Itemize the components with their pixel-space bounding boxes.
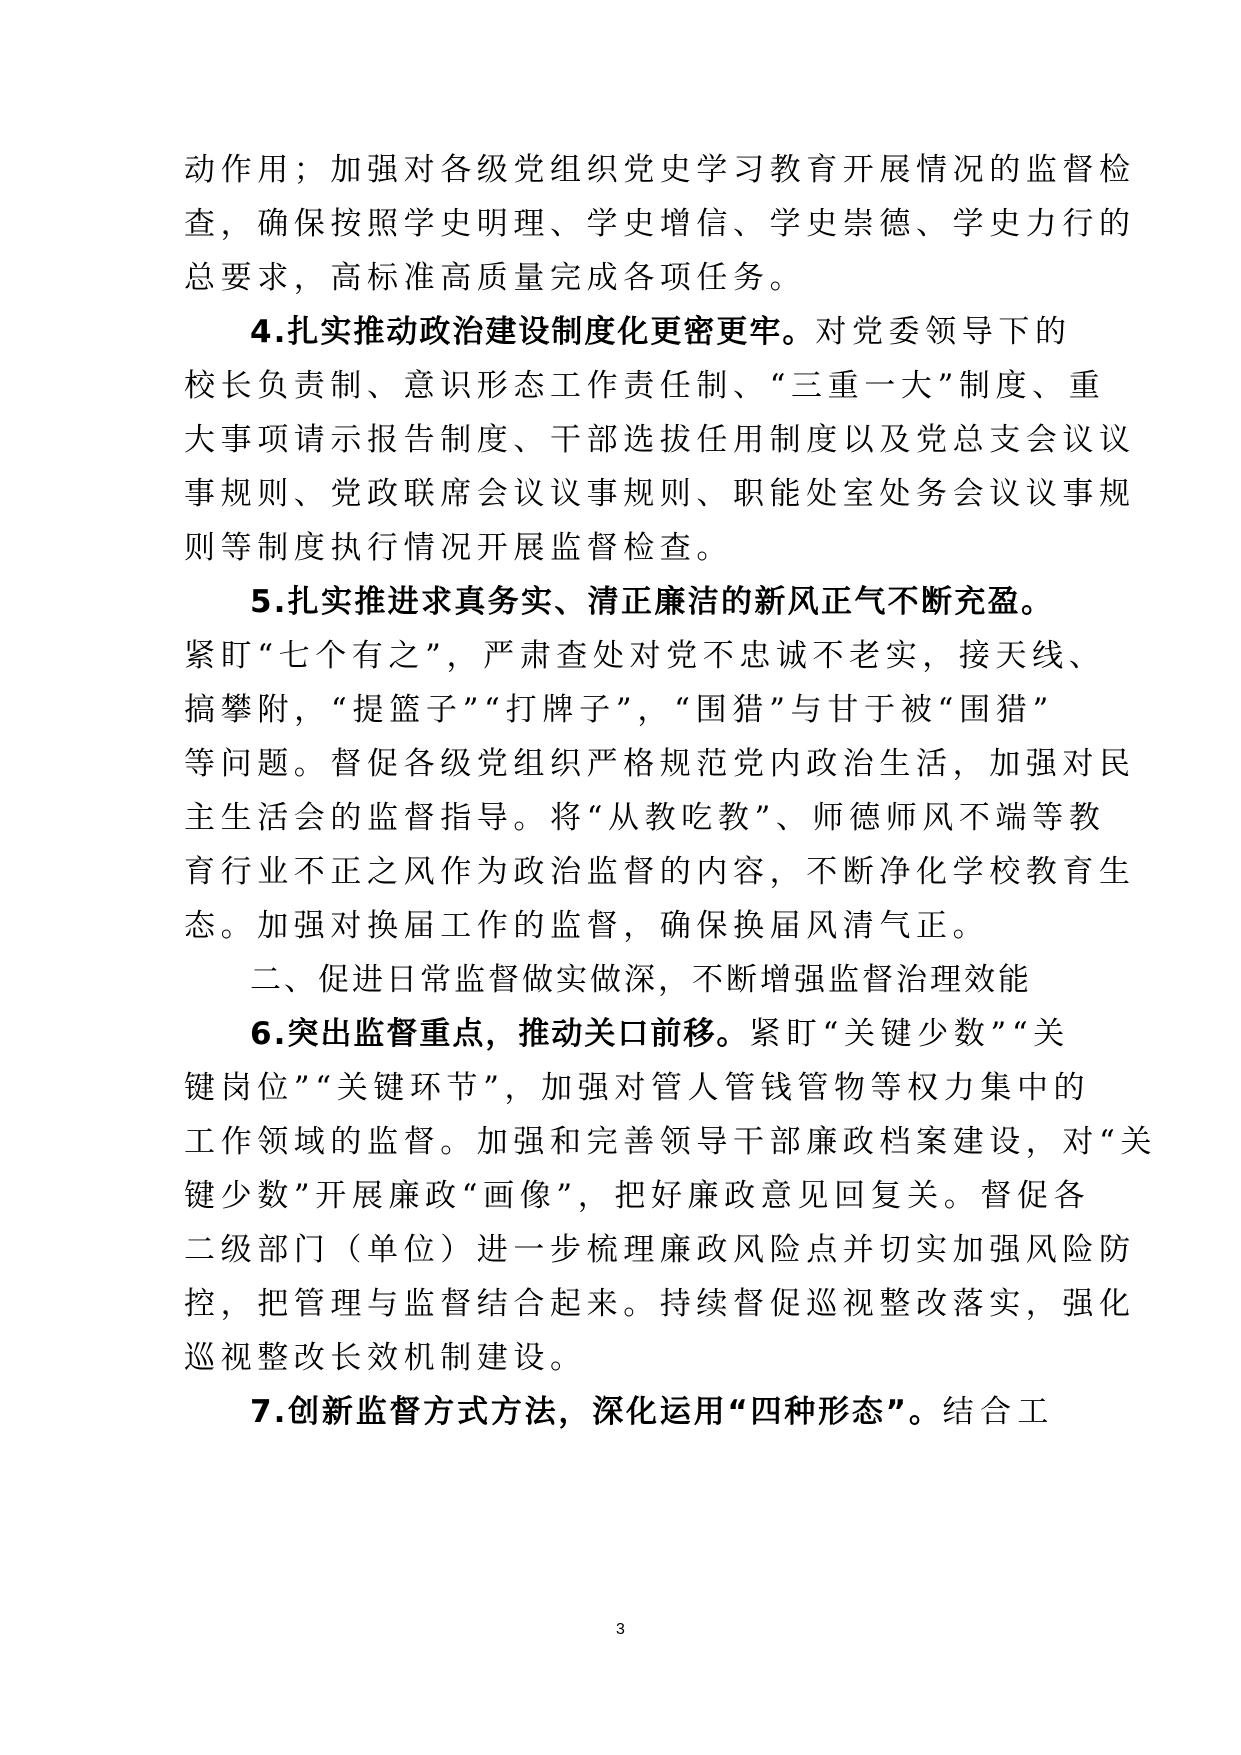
- body-line: 紧盯“七个有之”，严肃查处对党不忠诚不老实，接天线、: [184, 626, 1054, 686]
- body-line: 工作领域的监督。加强和完善领导干部廉政档案建设，对“关: [184, 1112, 1054, 1172]
- body-line: 动作用；加强对各级党组织党史学习教育开展情况的监督检: [184, 140, 1054, 200]
- body-line: 态。加强对换届工作的监督，确保换届风清气正。: [184, 896, 1054, 956]
- item-7-text: 结合工: [943, 1394, 1054, 1430]
- item-4-first-line: 4.扎实推动政治建设制度化更密更牢。对党委领导下的: [250, 302, 1054, 362]
- body-line: 查，确保按照学史明理、学史增信、学史崇德、学史力行的: [184, 194, 1054, 254]
- body-line: 则等制度执行情况开展监督检查。: [184, 518, 1054, 578]
- body-line: 键岗位”“关键环节”，加强对管人管钱管物等权力集中的: [184, 1058, 1054, 1118]
- page-number: 3: [0, 1620, 1241, 1640]
- body-line: 等问题。督促各级党组织严格规范党内政治生活，加强对民: [184, 734, 1054, 794]
- item-5-first-line: 5.扎实推进求真务实、清正廉洁的新风正气不断充盈。: [250, 572, 1054, 632]
- body-line: 育行业不正之风作为政治监督的内容，不断净化学校教育生: [184, 842, 1054, 902]
- body-line: 大事项请示报告制度、干部选拔任用制度以及党总支会议议: [184, 410, 1054, 470]
- item-5-title: 5.扎实推进求真务实、清正廉洁的新风正气不断充盈。: [250, 584, 1054, 620]
- body-line: 巡视整改长效机制建设。: [184, 1328, 1054, 1388]
- body-line: 校长负责制、意识形态工作责任制、“三重一大”制度、重: [184, 356, 1054, 416]
- item-4-text: 对党委领导下的: [815, 314, 1071, 350]
- item-7-title: 7.创新监督方式方法，深化运用“四种形态”。: [250, 1394, 943, 1430]
- body-line: 搞攀附，“提篮子”“打牌子”，“围猎”与甘于被“围猎”: [184, 680, 1054, 740]
- item-6-title: 6.突出监督重点，推动关口前移。: [250, 1016, 749, 1052]
- body-line: 二级部门（单位）进一步梳理廉政风险点并切实加强风险防: [184, 1220, 1054, 1280]
- body-line: 控，把管理与监督结合起来。持续督促巡视整改落实，强化: [184, 1274, 1054, 1334]
- section-heading: 二、促进日常监督做实做深，不断增强监督治理效能: [250, 950, 1054, 1010]
- body-line: 总要求，高标准高质量完成各项任务。: [184, 248, 1054, 308]
- item-4-title: 4.扎实推动政治建设制度化更密更牢。: [250, 314, 815, 350]
- body-line: 键少数”开展廉政“画像”，把好廉政意见回复关。督促各: [184, 1166, 1054, 1226]
- document-page: 动作用；加强对各级党组织党史学习教育开展情况的监督检 查，确保按照学史明理、学史…: [0, 0, 1241, 1755]
- item-6-first-line: 6.突出监督重点，推动关口前移。紧盯“关键少数”“关: [250, 1004, 1054, 1064]
- item-6-text: 紧盯“关键少数”“关: [749, 1016, 1070, 1052]
- item-7-first-line: 7.创新监督方式方法，深化运用“四种形态”。结合工: [250, 1382, 1054, 1442]
- body-line: 事规则、党政联席会议议事规则、职能处室处务会议议事规: [184, 464, 1054, 524]
- body-line: 主生活会的监督指导。将“从教吃教”、师德师风不端等教: [184, 788, 1054, 848]
